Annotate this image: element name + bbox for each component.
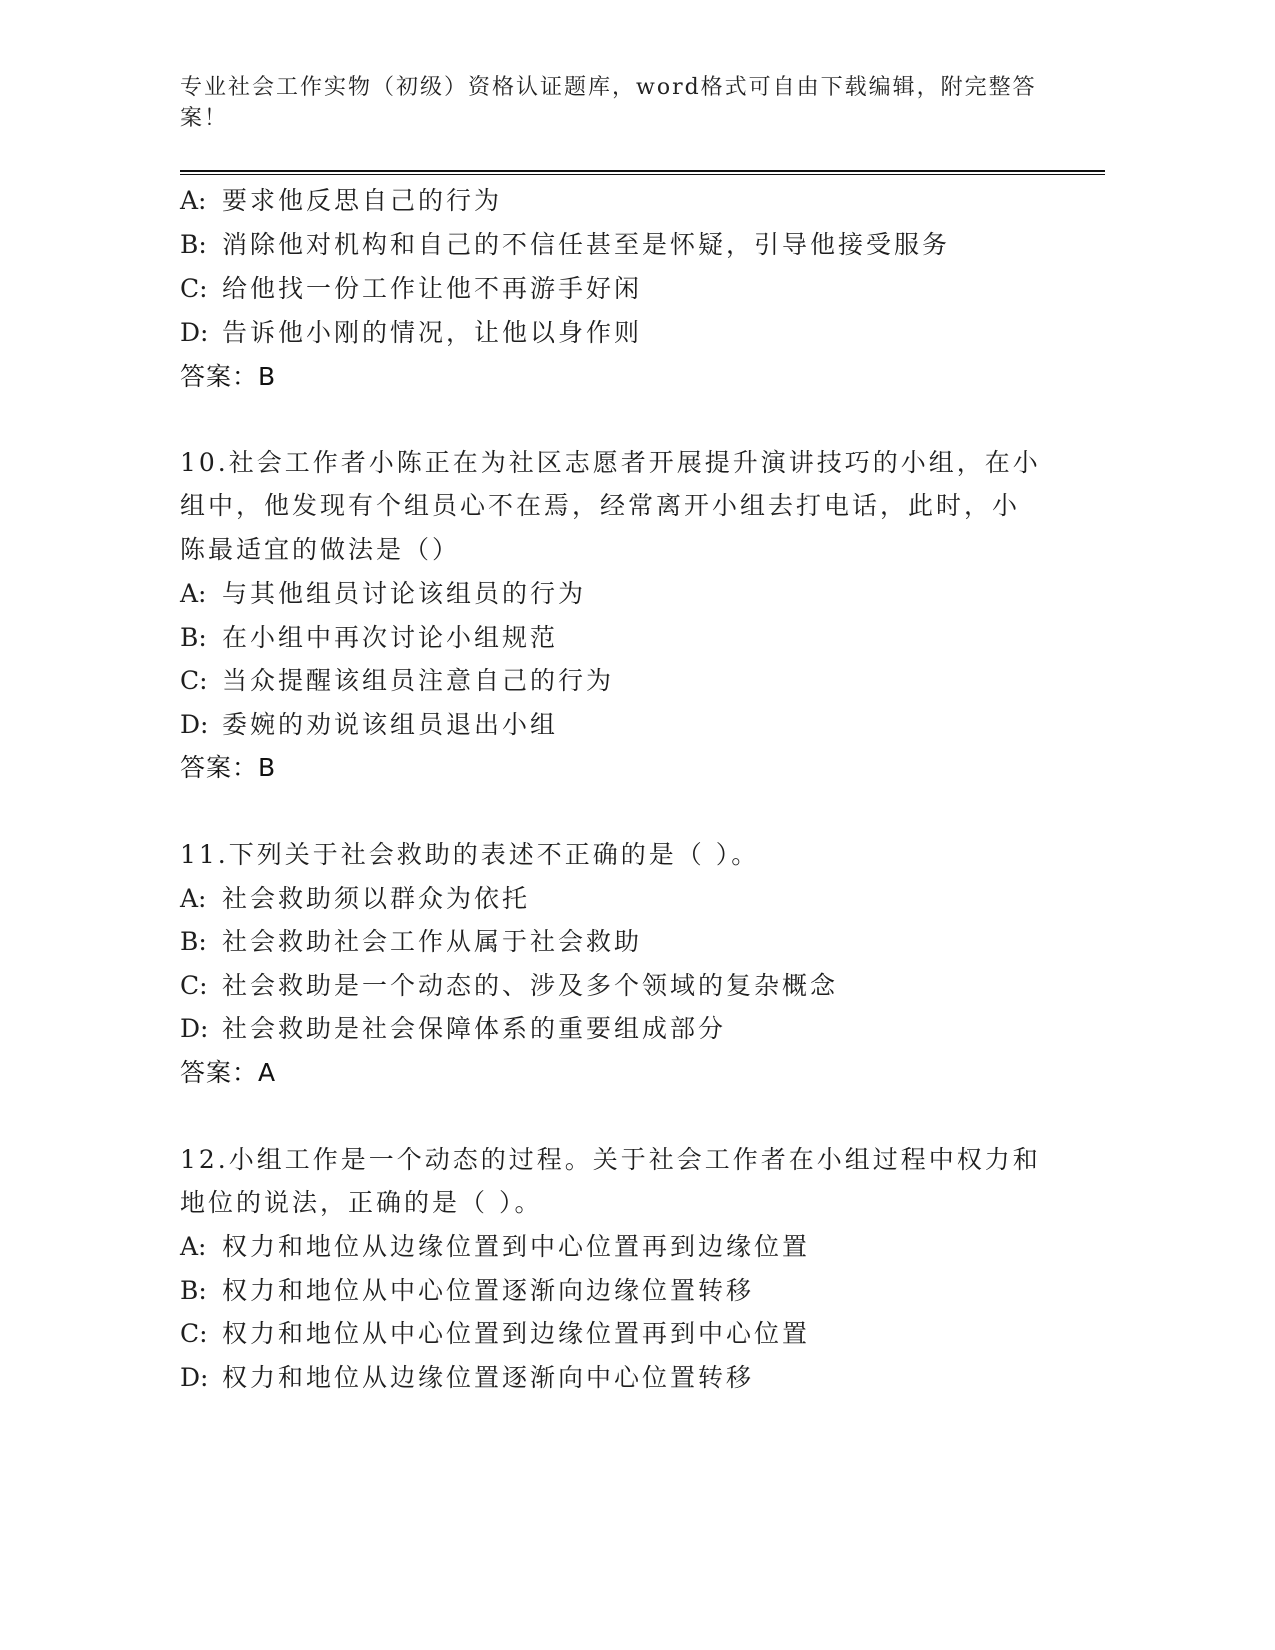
option-text: 消除他对机构和自己的不信任甚至是怀疑，引导他接受服务 [222,230,950,259]
option-letter: D: [180,710,222,740]
option-text: 告诉他小刚的情况，让他以身作则 [222,318,642,347]
option-letter: B: [180,927,222,957]
option-letter: D: [180,318,222,348]
option-text: 社会救助是一个动态的、涉及多个领域的复杂概念 [222,971,838,1000]
question-11-line-1: 11.下列关于社会救助的表述不正确的是（ ）。 [180,840,759,870]
option-a: A:社会救助须以群众为依托 [180,884,530,914]
answer-line: 答案：B [180,362,276,392]
option-letter: A: [180,579,222,609]
option-c: C:当众提醒该组员注意自己的行为 [180,666,614,696]
answer-line: 答案：A [180,1058,276,1088]
option-a: A:要求他反思自己的行为 [180,186,502,216]
option-text: 委婉的劝说该组员退出小组 [222,710,558,739]
header-line-1: 专业社会工作实物（初级）资格认证题库，word格式可自由下载编辑，附完整答 [180,72,1040,103]
option-b: B:社会救助社会工作从属于社会救助 [180,927,642,957]
option-letter: A: [180,1232,222,1262]
option-text: 权力和地位从边缘位置到中心位置再到边缘位置 [222,1232,810,1261]
option-c: C:社会救助是一个动态的、涉及多个领域的复杂概念 [180,971,838,1001]
option-letter: C: [180,1319,222,1349]
option-b: B:消除他对机构和自己的不信任甚至是怀疑，引导他接受服务 [180,230,950,260]
option-text: 社会救助须以群众为依托 [222,884,530,913]
header-divider-thin [180,174,1105,175]
option-a: A:与其他组员讨论该组员的行为 [180,579,586,609]
option-letter: A: [180,186,222,216]
option-text: 当众提醒该组员注意自己的行为 [222,666,614,695]
option-letter: C: [180,274,222,304]
option-b: B:权力和地位从中心位置逐渐向边缘位置转移 [180,1276,754,1306]
question-12-line-1: 12.小组工作是一个动态的过程。关于社会工作者在小组过程中权力和 [180,1145,1041,1175]
option-letter: C: [180,666,222,696]
question-10-line-2: 组中，他发现有个组员心不在焉，经常离开小组去打电话，此时，小 [180,491,1020,521]
option-text: 权力和地位从边缘位置逐渐向中心位置转移 [222,1363,754,1392]
document-header: 专业社会工作实物（初级）资格认证题库，word格式可自由下载编辑，附完整答 案！ [180,72,1040,134]
header-divider-thick [180,170,1105,172]
header-line-2: 案！ [180,103,1040,134]
option-letter: B: [180,1276,222,1306]
answer-line: 答案：B [180,753,276,783]
option-d: D:社会救助是社会保障体系的重要组成部分 [180,1014,726,1044]
option-d: D:委婉的劝说该组员退出小组 [180,710,558,740]
option-letter: B: [180,230,222,260]
option-d: D:告诉他小刚的情况，让他以身作则 [180,318,642,348]
option-text: 给他找一份工作让他不再游手好闲 [222,274,642,303]
document-page: 专业社会工作实物（初级）资格认证题库，word格式可自由下载编辑，附完整答 案！… [0,0,1275,1650]
option-c: C:权力和地位从中心位置到边缘位置再到中心位置 [180,1319,810,1349]
option-a: A:权力和地位从边缘位置到中心位置再到边缘位置 [180,1232,810,1262]
question-10-line-3: 陈最适宜的做法是（） [180,535,460,565]
option-letter: C: [180,971,222,1001]
option-text: 在小组中再次讨论小组规范 [222,623,558,652]
option-text: 与其他组员讨论该组员的行为 [222,579,586,608]
option-c: C:给他找一份工作让他不再游手好闲 [180,274,642,304]
option-letter: D: [180,1363,222,1393]
option-text: 社会救助是社会保障体系的重要组成部分 [222,1014,726,1043]
option-text: 权力和地位从中心位置逐渐向边缘位置转移 [222,1276,754,1305]
option-letter: B: [180,623,222,653]
option-text: 要求他反思自己的行为 [222,186,502,215]
option-b: B:在小组中再次讨论小组规范 [180,623,558,653]
question-10-line-1: 10.社会工作者小陈正在为社区志愿者开展提升演讲技巧的小组，在小 [180,448,1041,478]
option-letter: D: [180,1014,222,1044]
option-letter: A: [180,884,222,914]
option-text: 权力和地位从中心位置到边缘位置再到中心位置 [222,1319,810,1348]
option-d: D:权力和地位从边缘位置逐渐向中心位置转移 [180,1363,754,1393]
option-text: 社会救助社会工作从属于社会救助 [222,927,642,956]
question-12-line-2: 地位的说法，正确的是（ ）。 [180,1188,542,1218]
